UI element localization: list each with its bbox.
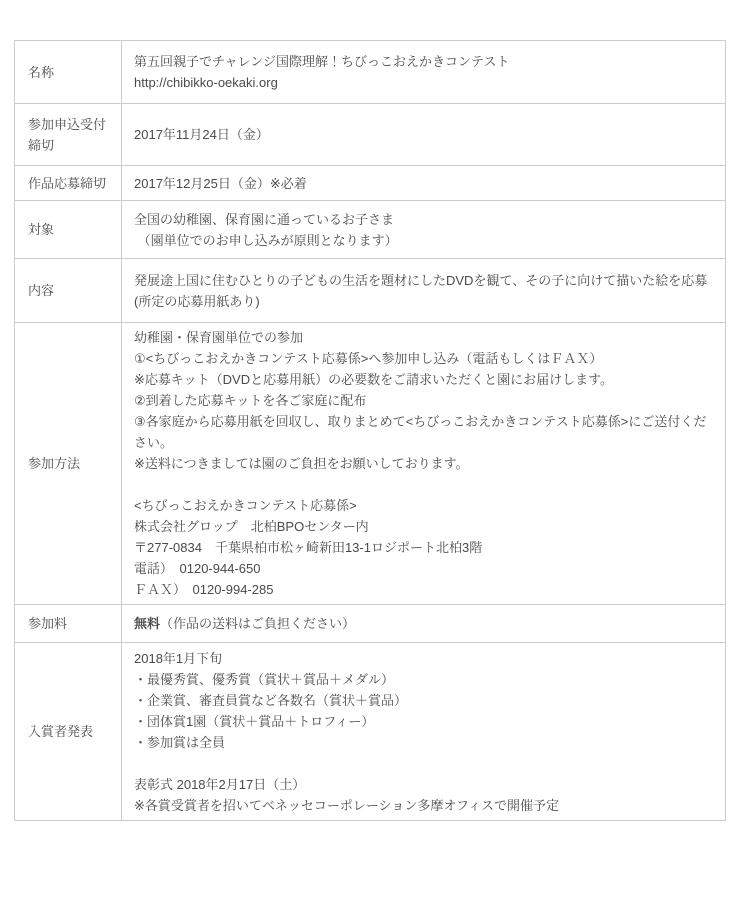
text-line	[134, 474, 711, 495]
row-content: 2018年1月下旬・最優秀賞、優秀賞（賞状＋賞品＋メダル）・企業賞、審査員賞など…	[122, 643, 725, 820]
text-line: ②到着した応募キットを各ご家庭に配布	[134, 390, 711, 411]
row-label: 名称	[15, 41, 122, 103]
text-line: ＦＡＸ） 0120-994-285	[134, 579, 711, 600]
text-line: ①<ちびっこおえかきコンテスト応募係>へ参加申し込み（電話もしくはＦＡＸ）	[134, 348, 711, 369]
row-label: 参加料	[15, 605, 122, 642]
text-line: 全国の幼稚園、保育園に通っているお子さま	[134, 209, 711, 230]
row-label: 参加方法	[15, 323, 122, 604]
text-line: ③各家庭から応募用紙を回収し、取りまとめて<ちびっこおえかきコンテスト応募係>に…	[134, 411, 711, 453]
text-line: ※送料につきましては園のご負担をお願いしております。	[134, 453, 711, 474]
row-submission-deadline: 作品応募締切 2017年12月25日（金）※必着	[15, 166, 725, 201]
text-line: 2018年1月下旬	[134, 648, 711, 669]
row-fee: 参加料 無料（作品の送料はご負担ください）	[15, 605, 725, 643]
row-content: 無料（作品の送料はご負担ください）	[122, 605, 725, 642]
row-content: 2017年12月25日（金）※必着	[122, 166, 725, 200]
text-line: 発展途上国に住むひとりの子どもの生活を題材にしたDVDを観て、その子に向けて描い…	[134, 270, 711, 291]
row-content: 2017年11月24日（金）	[122, 104, 725, 165]
row-label: 対象	[15, 201, 122, 258]
text-line: 幼稚園・保育園単位での参加	[134, 327, 711, 348]
row-content: 全国の幼稚園、保育園に通っているお子さま （園単位でのお申し込みが原則となります…	[122, 201, 725, 258]
text-line: （園単位でのお申し込みが原則となります）	[134, 230, 711, 251]
fee-amount: 無料	[134, 616, 160, 631]
text-line: 2017年12月25日（金）※必着	[134, 173, 711, 194]
text-line: 〒277-0834 千葉県柏市松ヶ崎新田13-1ロジポート北柏3階	[134, 537, 711, 558]
fee-line: 無料（作品の送料はご負担ください）	[134, 613, 711, 634]
text-line: 株式会社グロップ 北柏BPOセンター内	[134, 516, 711, 537]
row-content: 幼稚園・保育園単位での参加①<ちびっこおえかきコンテスト応募係>へ参加申し込み（…	[122, 323, 725, 604]
row-label: 入賞者発表	[15, 643, 122, 820]
fee-note: （作品の送料はご負担ください）	[160, 616, 355, 631]
row-application-deadline: 参加申込受付締切 2017年11月24日（金）	[15, 104, 725, 166]
row-winner-announcement: 入賞者発表 2018年1月下旬・最優秀賞、優秀賞（賞状＋賞品＋メダル）・企業賞、…	[15, 643, 725, 820]
row-name: 名称 第五回親子でチャレンジ国際理解！ちびっこおえかきコンテストhttp://c…	[15, 41, 725, 104]
row-content: 発展途上国に住むひとりの子どもの生活を題材にしたDVDを観て、その子に向けて描い…	[122, 259, 725, 322]
text-line: ※各賞受賞者を招いてベネッセコーポレーション多摩オフィスで開催予定	[134, 795, 711, 816]
text-line: ・企業賞、審査員賞など各数名（賞状＋賞品）	[134, 690, 711, 711]
text-line: <ちびっこおえかきコンテスト応募係>	[134, 495, 711, 516]
row-label: 内容	[15, 259, 122, 322]
text-line: 第五回親子でチャレンジ国際理解！ちびっこおえかきコンテスト	[134, 51, 711, 72]
row-label: 参加申込受付締切	[15, 104, 122, 165]
text-line: ・参加賞は全員	[134, 732, 711, 753]
row-description: 内容 発展途上国に住むひとりの子どもの生活を題材にしたDVDを観て、その子に向け…	[15, 259, 725, 323]
text-line: (所定の応募用紙あり)	[134, 291, 711, 312]
text-line	[134, 753, 711, 774]
text-line: 表彰式 2018年2月17日（土）	[134, 774, 711, 795]
text-line: 2017年11月24日（金）	[134, 124, 711, 145]
row-how-to-participate: 参加方法 幼稚園・保育園単位での参加①<ちびっこおえかきコンテスト応募係>へ参加…	[15, 323, 725, 605]
text-line: ※応募キット（DVDと応募用紙）の必要数をご請求いただくと園にお届けします。	[134, 369, 711, 390]
row-label: 作品応募締切	[15, 166, 122, 200]
text-line: http://chibikko-oekaki.org	[134, 72, 711, 93]
text-line: ・最優秀賞、優秀賞（賞状＋賞品＋メダル）	[134, 669, 711, 690]
row-content: 第五回親子でチャレンジ国際理解！ちびっこおえかきコンテストhttp://chib…	[122, 41, 725, 103]
text-line: ・団体賞1園（賞状＋賞品＋トロフィー）	[134, 711, 711, 732]
contest-info-table: 名称 第五回親子でチャレンジ国際理解！ちびっこおえかきコンテストhttp://c…	[14, 40, 726, 821]
row-target: 対象 全国の幼稚園、保育園に通っているお子さま （園単位でのお申し込みが原則とな…	[15, 201, 725, 259]
text-line: 電話） 0120-944-650	[134, 558, 711, 579]
